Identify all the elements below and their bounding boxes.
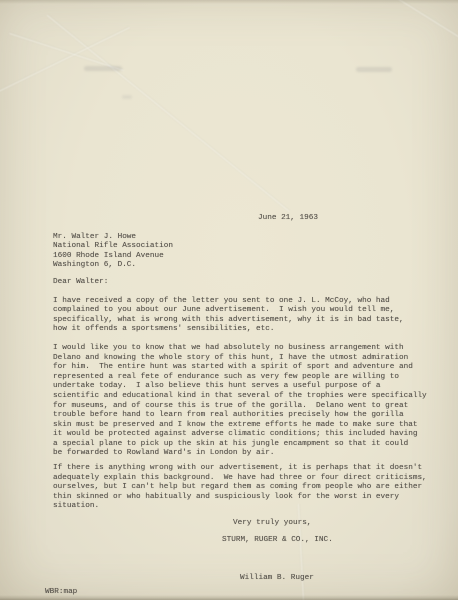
letter-body: June 21, 1963 Mr. Walter J. Howe Nationa… [53,214,453,597]
body-paragraph-1: I have received a copy of the letter you… [53,297,453,335]
letter-paper: June 21, 1963 Mr. Walter J. Howe Nationa… [0,0,458,600]
company-signature-line: STURM, RUGER & CO., INC. [222,536,453,546]
typist-reference-initials: WBR:map [45,588,453,598]
recipient-name: Mr. Walter J. Howe [53,233,453,243]
signer-typed-name: William B. Ruger [240,574,453,584]
recipient-address-block: Mr. Walter J. Howe National Rifle Associ… [53,233,453,271]
paper-edge-shadow-top [0,0,458,4]
letter-date: June 21, 1963 [258,214,453,224]
valediction: Very truly yours, [233,519,453,529]
recipient-city: Washington 6, D.C. [53,261,453,271]
recipient-organization: National Rifle Association [53,242,453,252]
paper-crease [46,14,290,213]
paper-crease [388,0,458,58]
salutation: Dear Walter: [53,278,453,288]
pencil-smudge [122,95,132,99]
body-paragraph-2: I would like you to know that we had abs… [53,344,453,459]
pencil-smudge [84,66,122,71]
pencil-smudge [356,67,392,72]
recipient-street: 1600 Rhode Island Avenue [53,252,453,262]
body-paragraph-3: If there is anything wrong with our adve… [53,464,453,512]
